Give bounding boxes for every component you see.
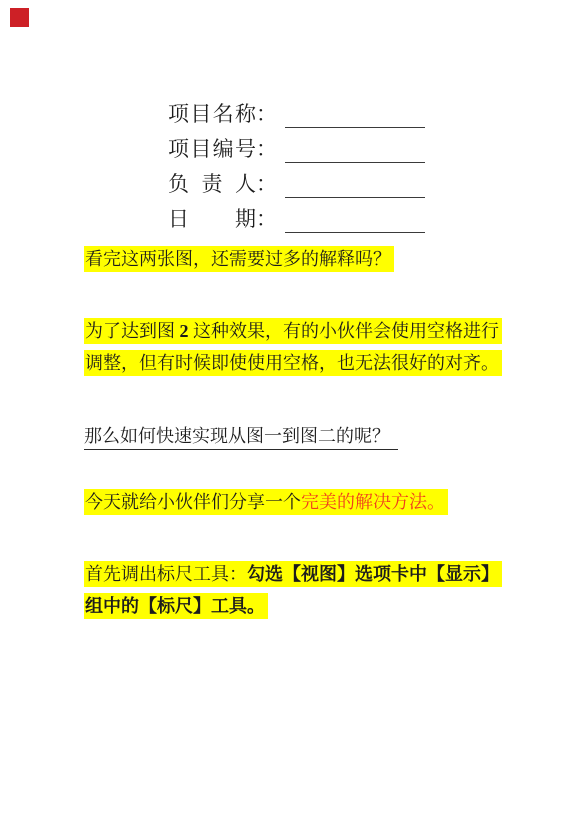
text-line: 为了达到图 2 这种效果，有的小伙伴会使用空格进行	[84, 319, 502, 344]
project-name-label: 项目名称	[168, 101, 256, 128]
form-row-date: 日期：	[168, 198, 425, 233]
text-line: 那么如何快速实现从图一到图二的呢？	[84, 424, 398, 449]
colon: ：	[256, 101, 277, 128]
form-row-person-in-charge: 负责人：	[168, 163, 425, 198]
text-line: 组中的【标尺】工具。	[84, 594, 502, 619]
paragraph-text: 看完这两张图，还需要过多的解释吗？	[85, 249, 391, 269]
paragraph-ruler-instruction: 首先调出标尺工具：勾选【视图】选项卡中【显示】 组中的【标尺】工具。	[84, 562, 502, 626]
text-line: 今天就给小伙伴们分享一个完美的解决方法。	[84, 490, 448, 515]
highlighted-text: 今天就给小伙伴们分享一个完美的解决方法。	[84, 489, 448, 515]
date-label: 日期	[168, 206, 256, 233]
project-info-form: 项目名称： 项目编号： 负责人： 日期：	[168, 93, 425, 233]
bold-instruction-text: 组中的【标尺】工具。	[85, 596, 265, 616]
paragraph-text: 这种效果，有的小伙伴会使用空格进行	[189, 321, 500, 341]
highlighted-text: 为了达到图 2 这种效果，有的小伙伴会使用空格进行	[84, 318, 502, 344]
project-number-blank-line[interactable]	[285, 138, 425, 163]
highlighted-text: 调整，但有时候即使使用空格，也无法很好的对齐。	[84, 350, 502, 376]
bold-instruction-text: 勾选【视图】选项卡中【显示】	[247, 564, 499, 584]
paragraph-solution-intro: 今天就给小伙伴们分享一个完美的解决方法。	[84, 490, 448, 522]
colon: ：	[256, 136, 277, 163]
text-line: 首先调出标尺工具：勾选【视图】选项卡中【显示】	[84, 562, 502, 587]
document-page: { "colors": { "marker_red": "#cd2026", "…	[0, 0, 576, 820]
paragraph-space-alignment: 为了达到图 2 这种效果，有的小伙伴会使用空格进行 调整，但有时候即使使用空格，…	[84, 319, 502, 383]
colon: ：	[256, 171, 277, 198]
date-blank-line[interactable]	[285, 208, 425, 233]
red-marker-square	[10, 8, 29, 27]
paragraph-intro-question: 看完这两张图，还需要过多的解释吗？	[84, 247, 394, 279]
person-in-charge-blank-line[interactable]	[285, 173, 425, 198]
text-line: 调整，但有时候即使使用空格，也无法很好的对齐。	[84, 351, 502, 376]
underlined-text: 那么如何快速实现从图一到图二的呢？	[84, 426, 398, 450]
text-line: 看完这两张图，还需要过多的解释吗？	[84, 247, 394, 272]
project-name-blank-line[interactable]	[285, 103, 425, 128]
form-row-project-name: 项目名称：	[168, 93, 425, 128]
bold-figure-number: 2	[180, 321, 189, 341]
form-row-project-number: 项目编号：	[168, 128, 425, 163]
highlighted-text: 看完这两张图，还需要过多的解释吗？	[84, 246, 394, 272]
highlighted-text: 首先调出标尺工具：勾选【视图】选项卡中【显示】	[84, 561, 502, 587]
red-emphasis-text: 完美的解决方法。	[301, 492, 445, 512]
person-in-charge-label: 负责人	[168, 171, 256, 198]
paragraph-text: 今天就给小伙伴们分享一个	[85, 492, 301, 512]
colon: ：	[256, 206, 277, 233]
paragraph-how-to-question: 那么如何快速实现从图一到图二的呢？	[84, 424, 398, 456]
paragraph-text: 调整，但有时候即使使用空格，也无法很好的对齐。	[85, 353, 499, 373]
project-number-label: 项目编号	[168, 136, 256, 163]
paragraph-text: 首先调出标尺工具：	[85, 564, 247, 584]
paragraph-text: 为了达到图	[85, 321, 180, 341]
highlighted-text: 组中的【标尺】工具。	[84, 593, 268, 619]
